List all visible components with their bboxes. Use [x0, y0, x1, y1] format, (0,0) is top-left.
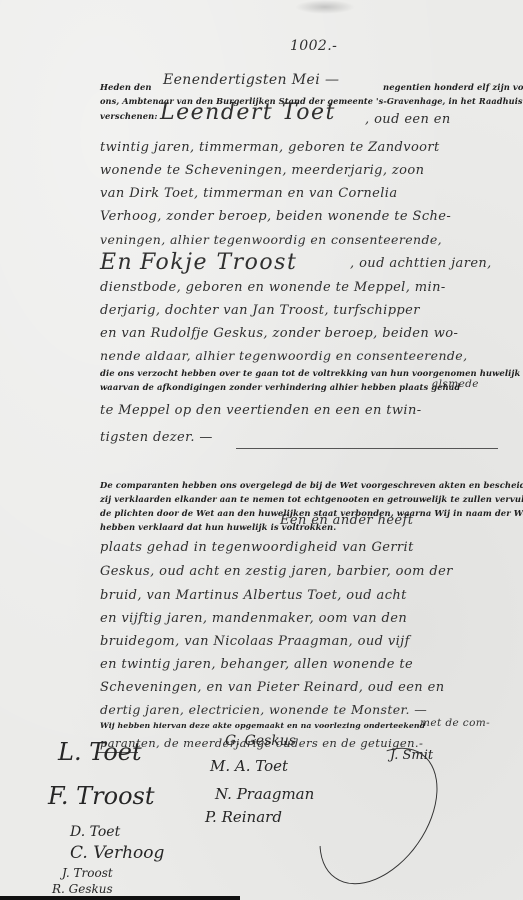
opening-line-3: verschenen:: [100, 111, 158, 121]
proclamation-cont-2: te Meppel op den veertienden en een en t…: [100, 403, 422, 418]
witness-line-1: Geskus, oud acht en zestig jaren, barbie…: [100, 564, 453, 579]
closing-cont-1: met de com-: [420, 717, 490, 729]
blank-fill-line: [236, 448, 498, 449]
opening-prefix: Heden den: [100, 82, 152, 92]
proclamation-line-2: waarvan de afkondigingen zonder verhinde…: [100, 382, 460, 392]
bride-detail-3: en van Rudolfje Geskus, zonder beroep, b…: [100, 326, 458, 341]
bride-name: Fokje Troost: [140, 250, 297, 275]
declaration-cont: Een en ander heeft: [280, 513, 413, 528]
signature-bride-father: J. Troost: [62, 866, 113, 880]
signature-bride-mother: R. Geskus: [52, 882, 113, 896]
closing-line: Wij hebben hiervan deze akte opgemaakt e…: [100, 721, 425, 730]
document-page: 1002.- Heden den Eenendertigsten Mei — n…: [0, 0, 523, 900]
witness-line-0: plaats gehad in tegenwoordigheid van Ger…: [100, 540, 414, 555]
bride-prefix: En: [100, 250, 133, 275]
paper-stain: [295, 0, 355, 14]
bride-detail-2: derjarig, dochter van Jan Troost, turfsc…: [100, 303, 420, 318]
opening-year: negentien honderd elf zijn voor: [383, 82, 523, 92]
declaration-line-2: zij verklaarden elkander aan te nemen to…: [100, 494, 523, 504]
signature-witness-1: G. Geskus: [225, 733, 296, 749]
signature-groom-father: D. Toet: [70, 824, 120, 840]
record-number: 1002.-: [290, 38, 337, 54]
registrar-signature-flourish: [295, 726, 462, 900]
witness-line-7: dertig jaren, electricien, wonende te Mo…: [100, 702, 427, 717]
signature-groom: L. Toet: [58, 738, 142, 766]
witness-line-2: bruid, van Martinus Albertus Toet, oud a…: [100, 588, 407, 603]
handwritten-date: Eenendertigsten Mei —: [163, 72, 339, 88]
declaration-line-1: De comparanten hebben ons overgelegd de …: [100, 480, 523, 490]
bride-detail-4: nende aldaar, alhier tegenwoordig en con…: [100, 348, 467, 363]
groom-detail-5: veningen, alhier tegenwoordig en consent…: [100, 232, 442, 247]
groom-detail-0: , oud een en: [365, 112, 451, 127]
proclamation-cont-3: tigsten dezer. —: [100, 430, 213, 445]
signature-witness-2: M. A. Toet: [210, 757, 288, 775]
witness-line-5: en twintig jaren, behanger, allen wonend…: [100, 657, 413, 672]
groom-detail-1: twintig jaren, timmerman, geboren te Zan…: [100, 140, 440, 155]
bride-detail-1: dienstbode, geboren en wonende te Meppel…: [100, 280, 446, 295]
proclamation-cont-1: alsmede: [432, 378, 479, 390]
groom-name: Leendert Toet: [160, 100, 336, 125]
groom-detail-3: van Dirk Toet, timmerman en van Cornelia: [100, 186, 398, 201]
witness-line-6: Scheveningen, en van Pieter Reinard, oud…: [100, 680, 444, 695]
signature-groom-mother: C. Verhoog: [70, 843, 164, 863]
signature-bride: F. Troost: [48, 782, 155, 810]
bride-detail-0: , oud achttien jaren,: [350, 256, 492, 271]
groom-detail-4: Verhoog, zonder beroep, beiden wonende t…: [100, 209, 451, 224]
signature-witness-3: N. Praagman: [215, 785, 314, 803]
scan-edge: [0, 896, 240, 900]
signature-registrar: J. Smit: [390, 748, 433, 763]
witness-line-4: bruidegom, van Nicolaas Praagman, oud vi…: [100, 634, 410, 649]
witness-line-3: en vijftig jaren, mandenmaker, oom van d…: [100, 611, 407, 626]
signature-witness-4: P. Reinard: [205, 808, 282, 826]
proclamation-line-1: die ons verzocht hebben over te gaan tot…: [100, 368, 520, 378]
groom-detail-2: wonende te Scheveningen, meerderjarig, z…: [100, 163, 424, 178]
